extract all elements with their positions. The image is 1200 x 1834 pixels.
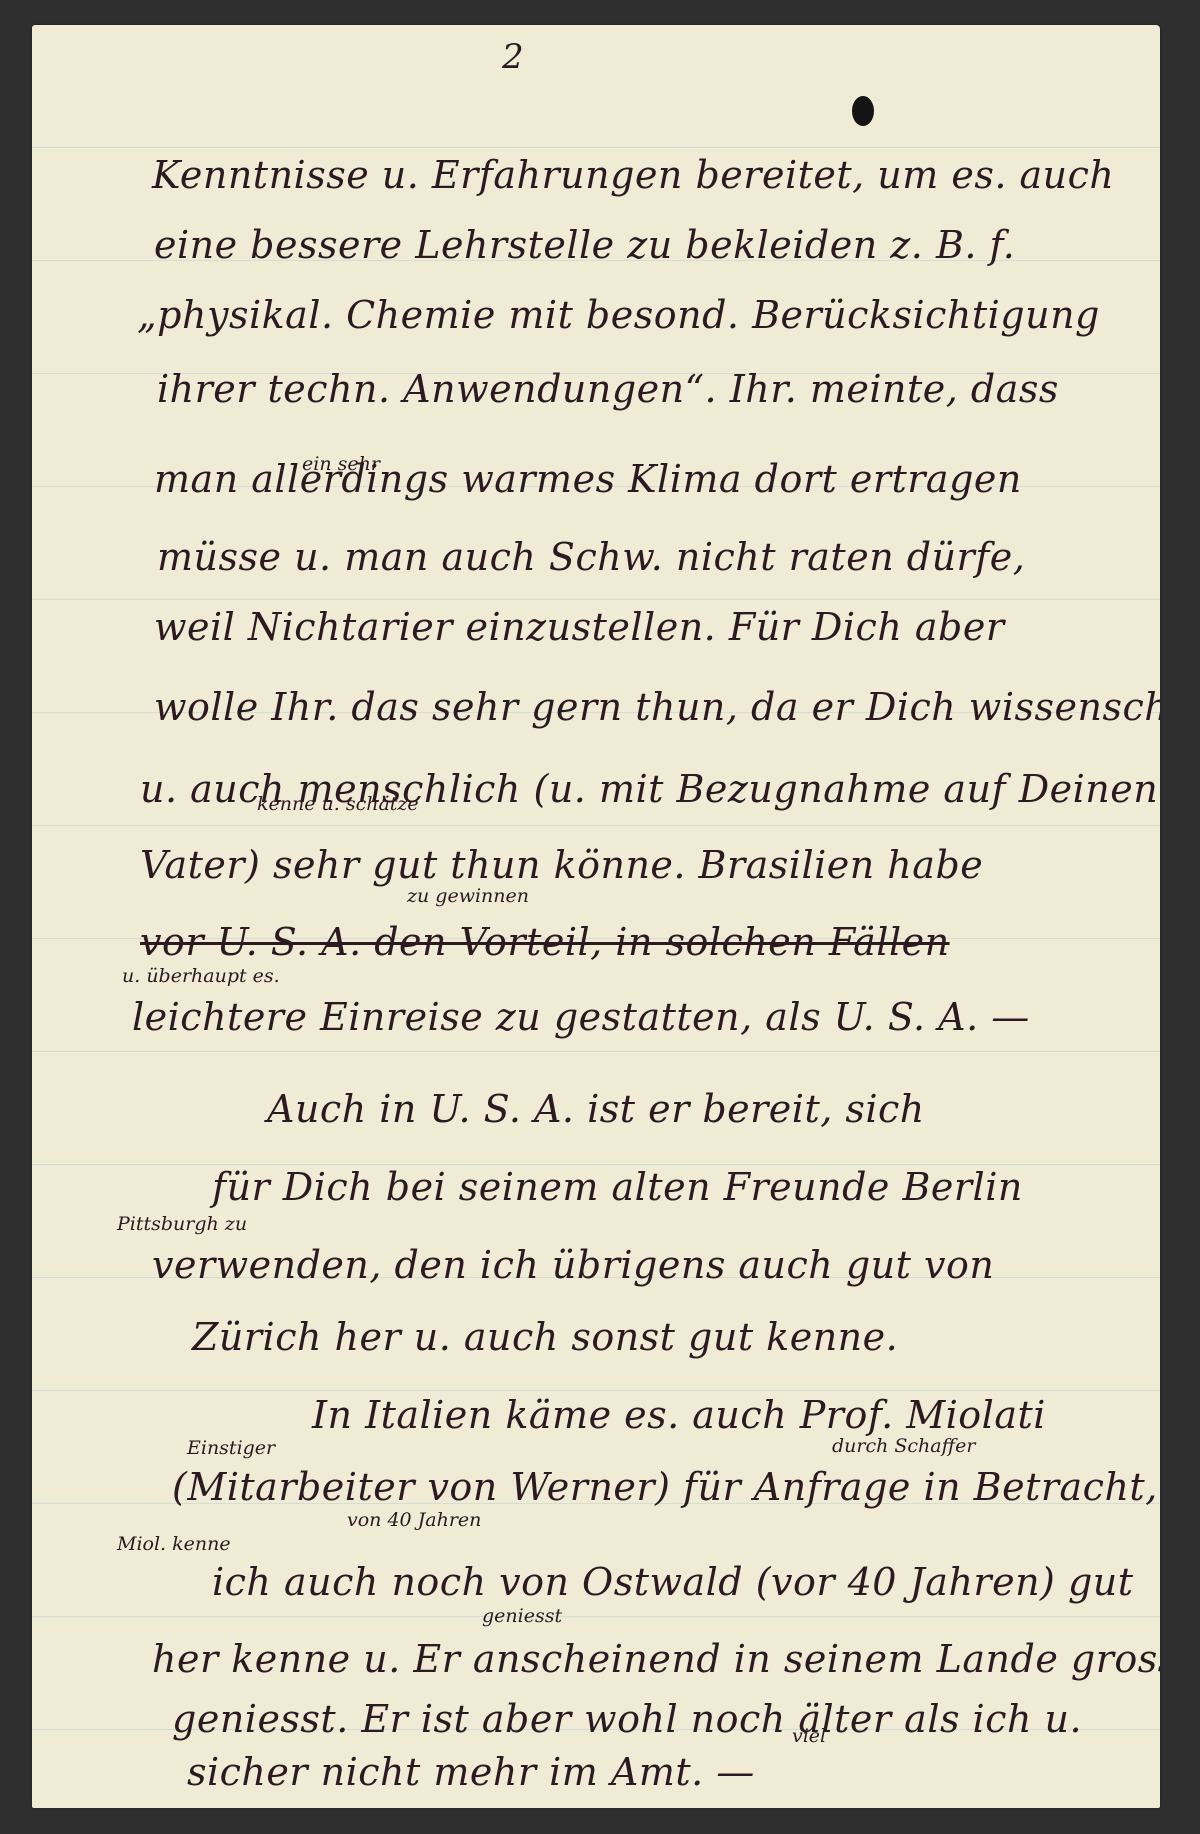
ruled-line xyxy=(32,1390,1160,1391)
insertion-note: von 40 Jahren xyxy=(347,1509,481,1531)
ruled-line xyxy=(32,825,1160,826)
text-line-21: geniesst. Er ist aber wohl noch älter al… xyxy=(172,1697,1082,1741)
insertion-note: zu gewinnen xyxy=(407,885,529,907)
insertion-note: Miol. kenne xyxy=(117,1533,231,1555)
text-line-20: her kenne u. Er anscheinend in seinem La… xyxy=(152,1637,1160,1681)
text-line-4: ihrer techn. Anwendungen“. Ihr. meinte, … xyxy=(157,367,1059,411)
text-line-19: ich auch noch von Ostwald (vor 40 Jahren… xyxy=(212,1560,1134,1604)
insertion-note: Pittsburgh zu xyxy=(117,1213,247,1235)
text-line-10: Vater) sehr gut thun könne. Brasilien ha… xyxy=(140,843,983,887)
text-line-2: eine bessere Lehrstelle zu bekleiden z. … xyxy=(154,223,1015,267)
letter-page: 2 Kenntnisse u. Erfahrungen bereitet, um… xyxy=(32,25,1160,1808)
punch-hole xyxy=(852,96,874,126)
insertion-note: viel xyxy=(792,1725,826,1747)
insertion-note: durch Schaffer xyxy=(832,1435,975,1457)
text-line-7: weil Nichtarier einzustellen. Für Dich a… xyxy=(154,605,1005,649)
text-line-3: „physikal. Chemie mit besond. Berücksich… xyxy=(137,293,1100,337)
text-line-13: Auch in U. S. A. ist er bereit, sich xyxy=(267,1087,925,1131)
text-line-22: sicher nicht mehr im Amt. — xyxy=(187,1750,755,1794)
text-line-16: Zürich her u. auch sonst gut kenne. xyxy=(192,1315,898,1359)
text-line-11: vor U. S. A. den Vorteil, in solchen Fäl… xyxy=(140,920,950,964)
text-line-15: verwenden, den ich übrigens auch gut von xyxy=(152,1243,994,1287)
ruled-line xyxy=(32,1051,1160,1052)
text-line-14: für Dich bei seinem alten Freunde Berlin xyxy=(212,1165,1023,1209)
ruled-line xyxy=(32,1616,1160,1617)
ruled-line xyxy=(32,599,1160,600)
text-line-6: müsse u. man auch Schw. nicht raten dürf… xyxy=(157,535,1025,579)
insertion-note: kenne u. schätze xyxy=(257,793,419,815)
text-line-18: (Mitarbeiter von Werner) für Anfrage in … xyxy=(172,1465,1158,1509)
insertion-note: u. überhaupt es. xyxy=(122,965,280,987)
text-line-5: man allerdings warmes Klima dort ertrage… xyxy=(154,457,1022,501)
text-line-1: Kenntnisse u. Erfahrungen bereitet, um e… xyxy=(152,153,1114,197)
text-line-8: wolle Ihr. das sehr gern thun, da er Dic… xyxy=(154,685,1160,729)
text-line-12: leichtere Einreise zu gestatten, als U. … xyxy=(132,995,1030,1039)
insertion-note: Einstiger xyxy=(187,1437,275,1459)
text-line-17: In Italien käme es. auch Prof. Miolati xyxy=(312,1393,1046,1437)
page-number: 2 xyxy=(502,37,524,77)
insertion-note: geniesst xyxy=(482,1605,562,1627)
ruled-line xyxy=(32,147,1160,148)
